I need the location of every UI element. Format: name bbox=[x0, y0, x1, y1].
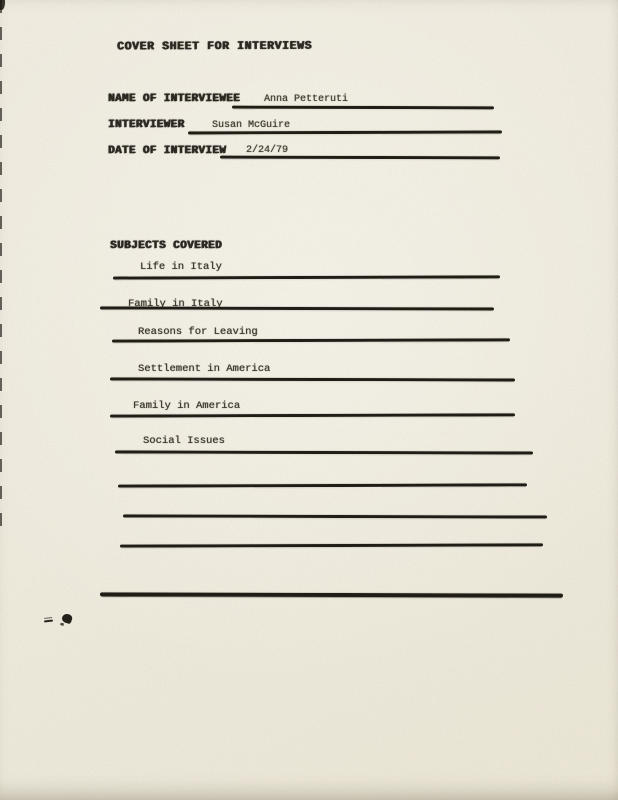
field-underline-interviewee bbox=[232, 106, 494, 110]
field-underline-interviewer bbox=[188, 131, 502, 135]
blank-line bbox=[118, 483, 527, 487]
scan-edge-line bbox=[0, 0, 2, 530]
subject-label: Life in Italy bbox=[140, 261, 222, 273]
field-label-date: DATE OF INTERVIEW bbox=[108, 145, 226, 157]
ink-smudge-dash bbox=[44, 620, 53, 623]
subject-underline bbox=[110, 413, 515, 417]
blank-line bbox=[120, 543, 543, 547]
field-label-interviewee: NAME OF INTERVIEWEE bbox=[108, 93, 240, 105]
field-value-date: 2/24/79 bbox=[246, 145, 288, 156]
subject-label: Social Issues bbox=[143, 435, 225, 447]
document-page: COVER SHEET FOR INTERVIEWS NAME OF INTER… bbox=[0, 0, 618, 800]
subjects-heading: SUBJECTS COVERED bbox=[110, 240, 222, 252]
subject-underline bbox=[112, 338, 510, 342]
blank-line bbox=[123, 514, 547, 518]
subject-underline bbox=[110, 377, 515, 381]
paper-grain-overlay bbox=[0, 0, 618, 800]
field-value-interviewee: Anna Petteruti bbox=[264, 94, 348, 105]
subject-label: Family in America bbox=[133, 400, 240, 412]
subject-underline bbox=[113, 275, 500, 279]
field-underline-date bbox=[220, 156, 500, 160]
field-value-interviewer: Susan McGuire bbox=[212, 120, 290, 131]
subject-label: Settlement in America bbox=[138, 363, 270, 375]
bottom-rule bbox=[100, 592, 563, 597]
subject-label: Reasons for Leaving bbox=[138, 326, 258, 338]
ink-smudge-blob bbox=[61, 613, 73, 625]
field-label-interviewer: INTERVIEWER bbox=[108, 119, 184, 131]
subject-underline bbox=[115, 450, 533, 454]
page-title: COVER SHEET FOR INTERVIEWS bbox=[117, 40, 312, 54]
